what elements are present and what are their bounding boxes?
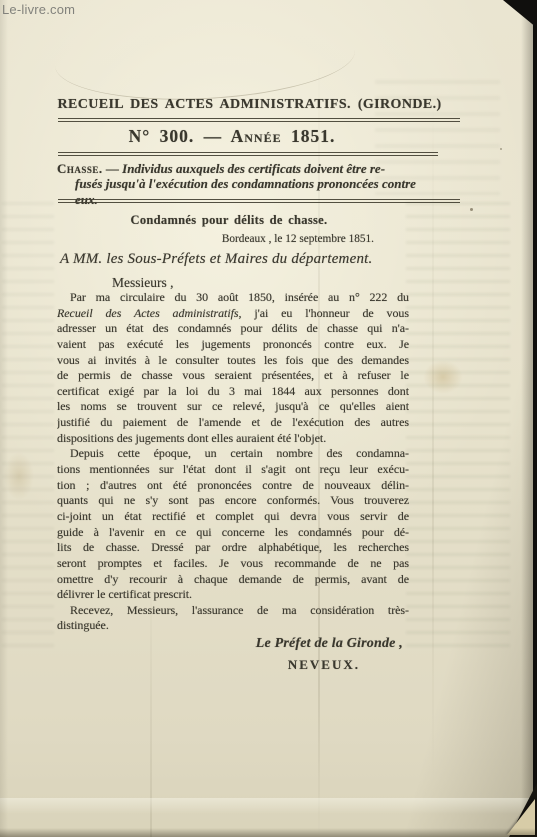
body-line: ci-joint un état rectifié et complet qui… bbox=[57, 509, 409, 525]
body-line: distinguée. bbox=[57, 618, 409, 634]
watermark: Le-livre.com bbox=[2, 2, 75, 17]
horizontal-rule bbox=[58, 152, 438, 156]
scan-edge-shading bbox=[0, 0, 8, 837]
ink-bleedthrough-texture bbox=[2, 202, 54, 647]
body-line: tions mentionnées sur l'état dont il s'a… bbox=[57, 462, 409, 478]
letter-body: Par ma circulaire du 30 août 1850, insér… bbox=[57, 290, 409, 634]
body-line: Recueil des Actes administratifs, j'ai e… bbox=[57, 306, 409, 322]
subject-line: Chasse. — Individus auxquels des certifi… bbox=[57, 161, 465, 176]
signature-role: Le Préfet de la Gironde , bbox=[57, 636, 409, 652]
body-line: quants qui ne s'y sont pas encore confor… bbox=[57, 493, 409, 509]
body-line: vaient pas exécuté les jugements prononc… bbox=[57, 337, 409, 353]
scanned-page: Le-livre.com RECUEIL DES ACTES ADMINISTR… bbox=[0, 0, 537, 837]
subject-line: fusés jusqu'à l'exécution des condamnati… bbox=[57, 176, 465, 191]
paper-fold-line bbox=[432, 100, 434, 780]
scan-edge-shading bbox=[521, 0, 533, 837]
letter-salutation: A MM. les Sous-Préfets et Maires du dépa… bbox=[60, 251, 420, 268]
body-line: guide à l'avenir en ce qui concerne les … bbox=[57, 525, 409, 541]
letter-dateline: Bordeaux , le 12 septembre 1851. bbox=[57, 233, 401, 245]
body-line: Par ma circulaire du 30 août 1850, insér… bbox=[57, 290, 409, 306]
subject-summary: Chasse. — Individus auxquels des certifi… bbox=[57, 161, 465, 207]
paper-stain bbox=[4, 452, 34, 500]
paper-fold-highlight bbox=[0, 798, 537, 814]
body-line: Recevez, Messieurs, l'assurance de ma co… bbox=[57, 603, 409, 619]
ink-bleedthrough-texture bbox=[375, 80, 500, 195]
body-line: certificat exigé par la loi du 3 mai 184… bbox=[57, 384, 409, 400]
body-line: dispositions des jugements dont elles au… bbox=[57, 431, 409, 447]
body-line: justifié du paiement de l'amende et de l… bbox=[57, 415, 409, 431]
body-line: adresser un état des condamnés pour déli… bbox=[57, 321, 409, 337]
page-corner-fold bbox=[507, 799, 535, 835]
body-line: tion ; d'autres ont été prononcées contr… bbox=[57, 478, 409, 494]
subject-line: eux. bbox=[57, 192, 465, 207]
horizontal-rule bbox=[58, 199, 460, 203]
body-line: de permis de chasse vous seraient présen… bbox=[57, 368, 409, 384]
body-line: omettre d'y recourir à chaque demande de… bbox=[57, 572, 409, 588]
subject-text: Individus auxquels des certificats doive… bbox=[122, 161, 385, 176]
ink-bleedthrough-texture bbox=[406, 202, 510, 654]
body-line: lits de chasse. Dressé par ordre alphabé… bbox=[57, 540, 409, 556]
body-line: seront promptes et faciles. Je vous reco… bbox=[57, 556, 409, 572]
subject-separator: — bbox=[103, 161, 123, 176]
paper-stain bbox=[423, 360, 463, 394]
subject-label: Chasse. bbox=[57, 161, 103, 176]
journal-masthead-title: RECUEIL DES ACTES ADMINISTRATIFS. (GIRON… bbox=[57, 97, 462, 113]
body-line: vous ai invités à le consulter toutes le… bbox=[57, 353, 409, 369]
body-line-segment: j'ai eu l'honneur de vous bbox=[241, 306, 409, 320]
letter-greeting: Messieurs , bbox=[57, 275, 401, 291]
body-line-italic-segment: Recueil des Actes administratifs, bbox=[57, 306, 241, 320]
paper-speck bbox=[470, 208, 473, 211]
body-line: les noms se trouvent sur ce relevé, jusq… bbox=[57, 399, 409, 415]
scan-corner-shadow bbox=[503, 0, 537, 28]
horizontal-rule bbox=[58, 118, 460, 122]
issue-number-line: N° 300. — Année 1851. bbox=[57, 126, 462, 147]
scan-corner-shadow bbox=[509, 783, 537, 837]
paper-fold-line bbox=[150, 560, 152, 837]
letter-heading: Condamnés pour délits de chasse. bbox=[57, 213, 401, 228]
paper-speck bbox=[500, 148, 502, 150]
scan-edge-shading bbox=[0, 828, 537, 837]
body-line: délivrer le certificat prescrit. bbox=[57, 587, 409, 603]
body-line: Depuis cette époque, un certain nombre d… bbox=[57, 446, 409, 462]
scan-black-edge bbox=[533, 0, 537, 837]
signature-name: NEVEUX. bbox=[57, 657, 409, 673]
paper-fold-line bbox=[318, 60, 320, 837]
paper-crease bbox=[53, 10, 357, 107]
